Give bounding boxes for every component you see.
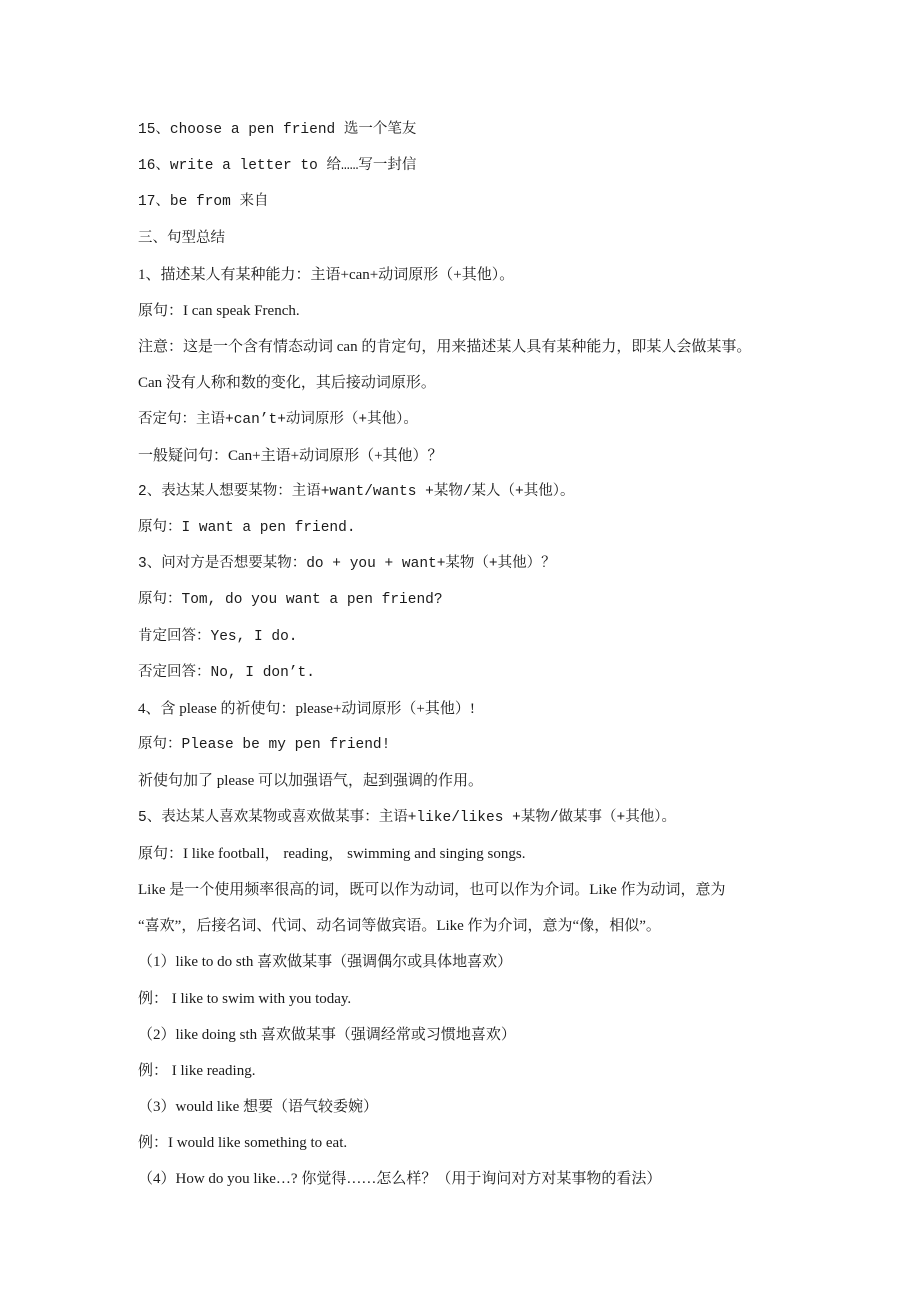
like-usage-3-example: 例：I would like something to eat. <box>138 1132 798 1168</box>
like-usage-4: （4）How do you like…? 你觉得……怎么样？（用于询问对方对某事… <box>138 1168 798 1204</box>
like-explanation: Like 是一个使用频率很高的词，既可以作为动词，也可以作为介词。Like 作为… <box>138 879 798 915</box>
like-usage-1-example: 例： I like to swim with you today. <box>138 988 798 1024</box>
pattern-4-example: 原句：Please be my pen friend! <box>138 734 798 770</box>
section-heading-sentence-patterns: 三、句型总结 <box>138 228 798 264</box>
vocab-item-16: 16、write a letter to 给……写一封信 <box>138 155 798 191</box>
like-explanation-cont: “喜欢”，后接名词、代词、动名词等做宾语。Like 作为介词，意为“像，相似”。 <box>138 915 798 951</box>
pattern-1-note-cont: Can 没有人称和数的变化，其后接动词原形。 <box>138 372 798 408</box>
pattern-1-question: 一般疑问句：Can+主语+动词原形（+其他）？ <box>138 445 798 481</box>
pattern-3-negative-answer: 否定回答：No, I don’t. <box>138 662 798 698</box>
pattern-1-negative: 否定句：主语+can’t+动词原形（+其他）。 <box>138 409 798 445</box>
pattern-4-note: 祈使句加了 please 可以加强语气，起到强调的作用。 <box>138 770 798 806</box>
like-usage-3: （3）would like 想要（语气较委婉） <box>138 1096 798 1132</box>
like-usage-1: （1）like to do sth 喜欢做某事（强调偶尔或具体地喜欢） <box>138 951 798 987</box>
pattern-5-example: 原句：I like football， reading， swimming an… <box>138 843 798 879</box>
pattern-5-heading: 5、表达某人喜欢某物或喜欢做某事：主语+like/likes +某物/做某事（+… <box>138 807 798 843</box>
pattern-3-example: 原句：Tom, do you want a pen friend? <box>138 589 798 625</box>
vocab-item-15: 15、choose a pen friend 选一个笔友 <box>138 119 798 155</box>
pattern-3-affirmative-answer: 肯定回答：Yes, I do. <box>138 626 798 662</box>
pattern-2-heading: 2、表达某人想要某物：主语+want/wants +某物/某人（+其他）。 <box>138 481 798 517</box>
document-page: 15、choose a pen friend 选一个笔友 16、write a … <box>0 0 920 1302</box>
pattern-1-heading: 1、描述某人有某种能力：主语+can+动词原形（+其他）。 <box>138 264 798 300</box>
pattern-3-heading: 3、问对方是否想要某物：do + you + want+某物（+其他）？ <box>138 553 798 589</box>
pattern-2-example: 原句：I want a pen friend. <box>138 517 798 553</box>
pattern-4-heading: 4、含 please 的祈使句：please+动词原形（+其他）! <box>138 698 798 734</box>
vocab-item-17: 17、be from 来自 <box>138 191 798 227</box>
pattern-1-example: 原句：I can speak French. <box>138 300 798 336</box>
pattern-1-note: 注意：这是一个含有情态动词 can 的肯定句，用来描述某人具有某种能力，即某人会… <box>138 336 798 372</box>
like-usage-2-example: 例： I like reading. <box>138 1060 798 1096</box>
like-usage-2: （2）like doing sth 喜欢做某事（强调经常或习惯地喜欢） <box>138 1024 798 1060</box>
document-body: 15、choose a pen friend 选一个笔友 16、write a … <box>138 119 798 1205</box>
